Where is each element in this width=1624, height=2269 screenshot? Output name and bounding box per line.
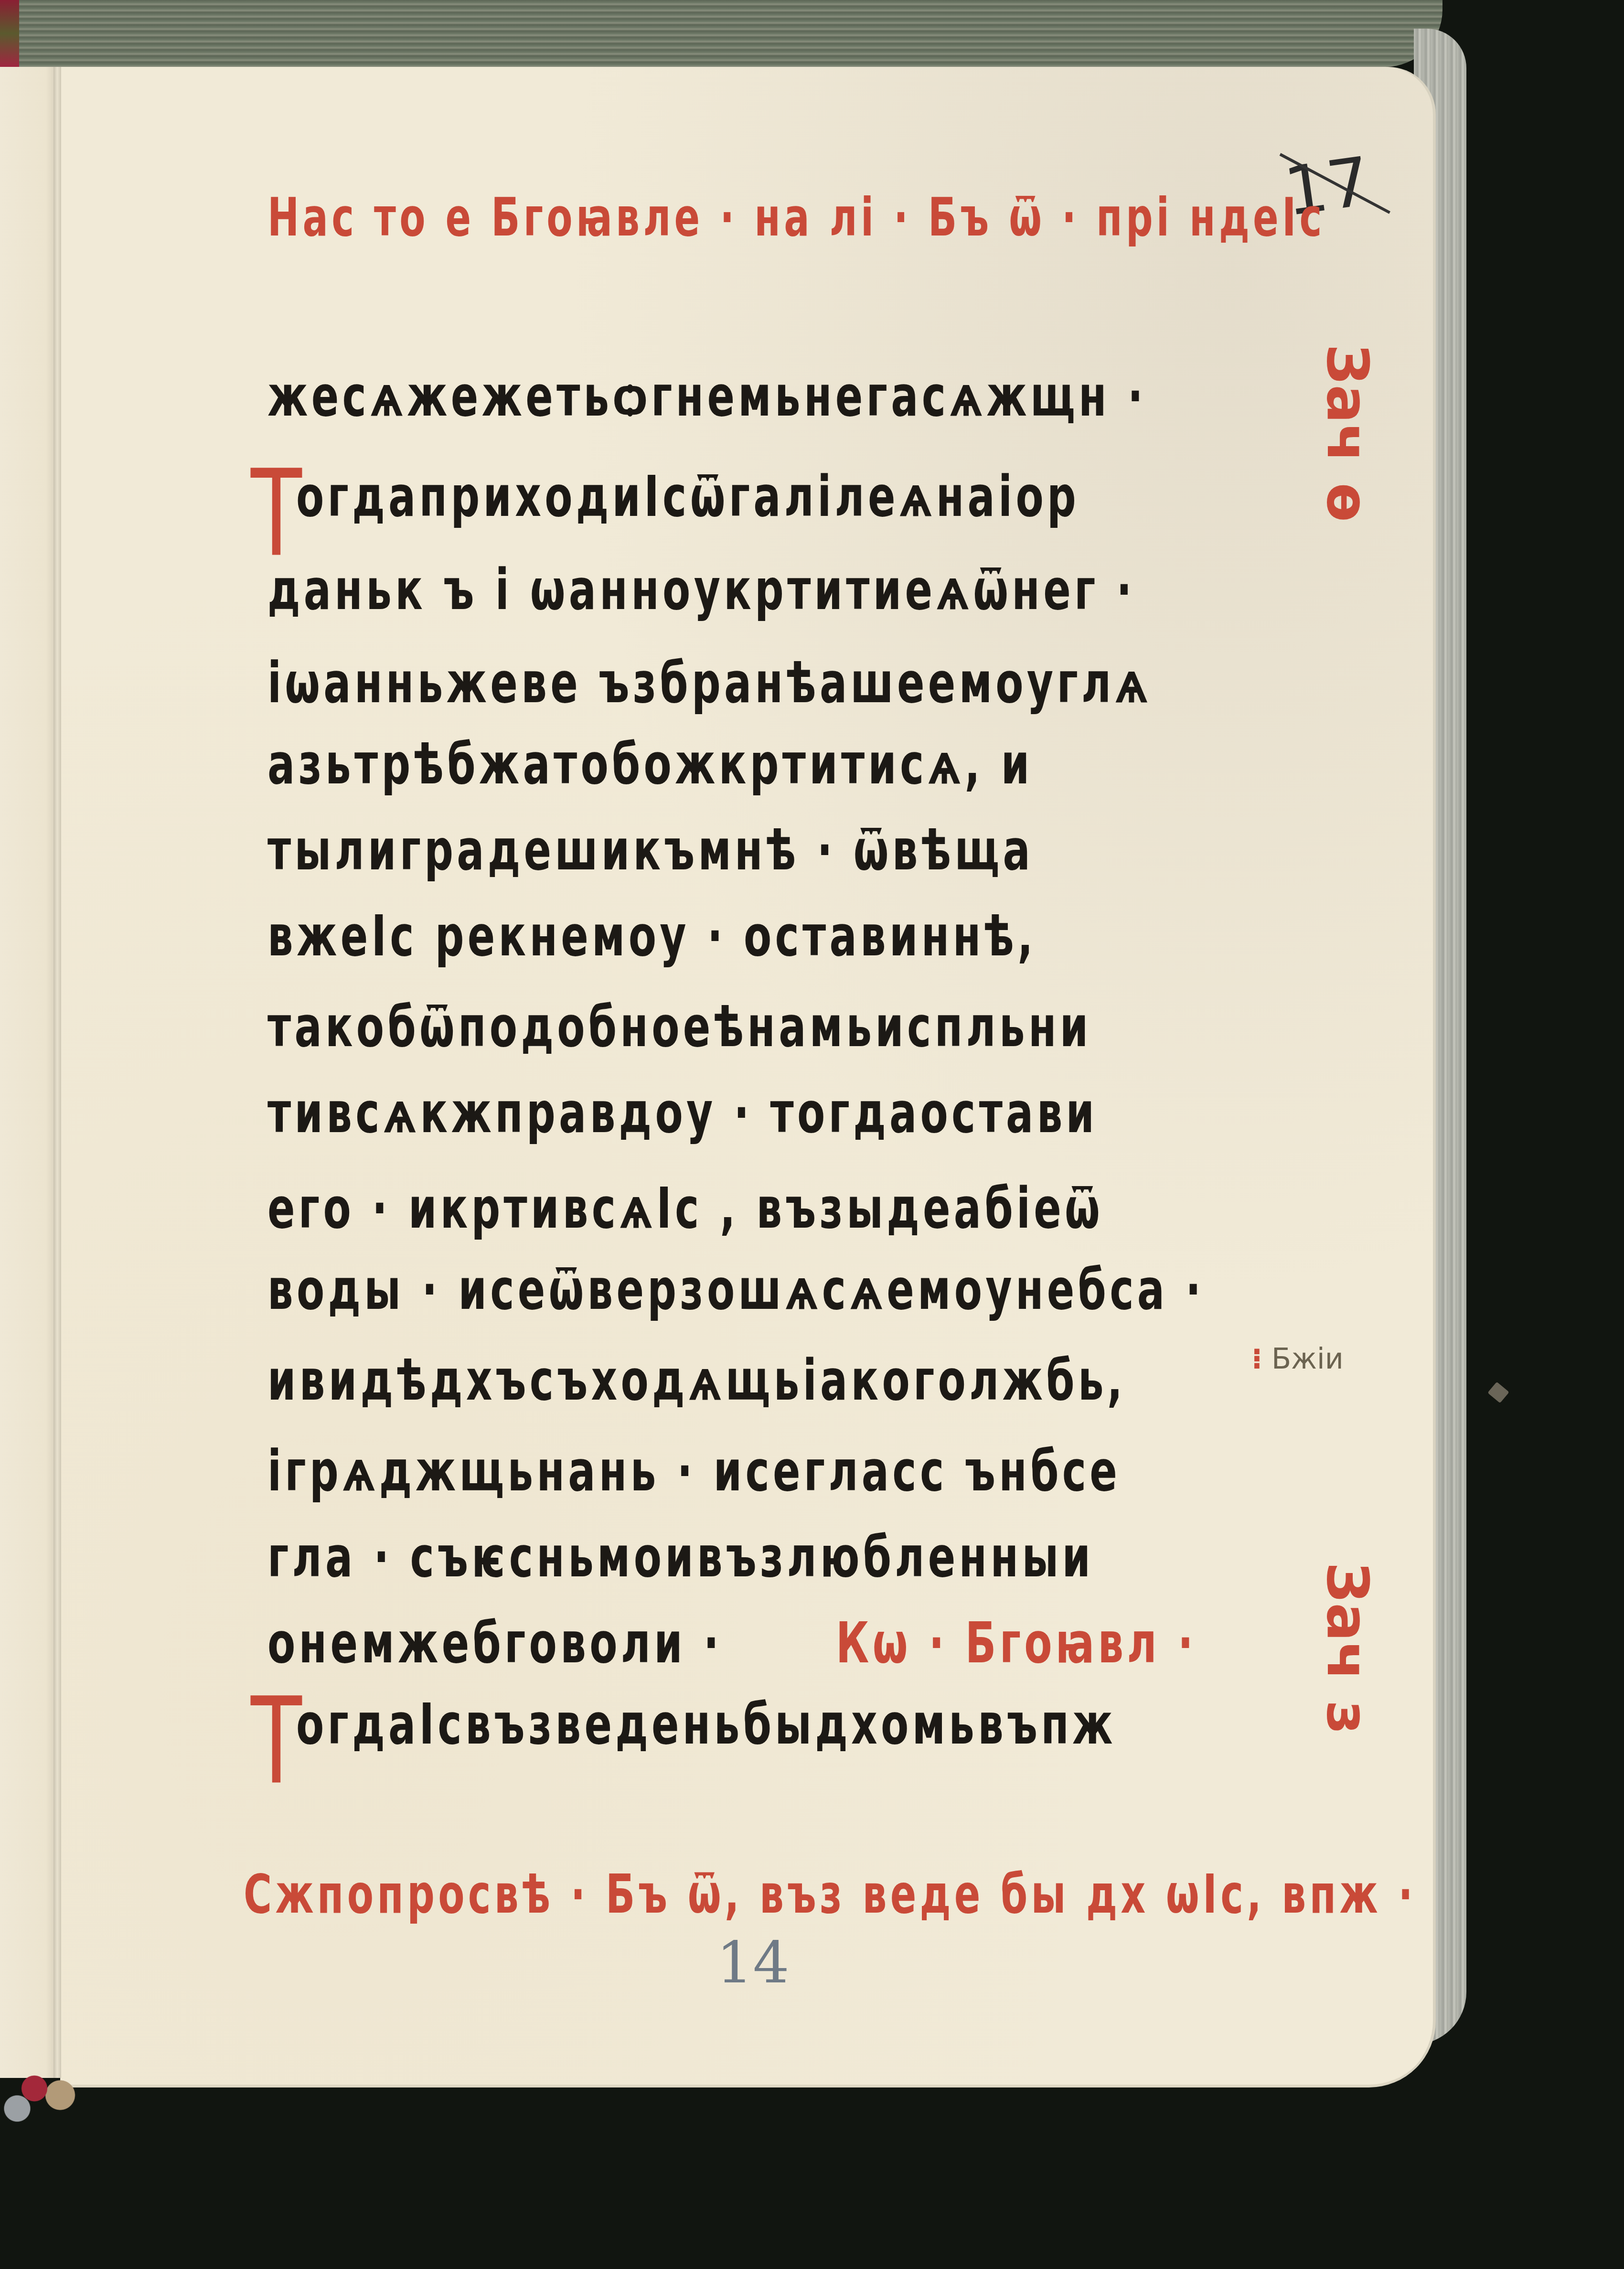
text-line-15: онемжебговоли · (267, 1615, 722, 1671)
text-line-3: даньк ъ і ѡанноукртитиеѧѿнег · (267, 561, 1135, 618)
text-line-7: вжеІс рекнемоу · оставиннѣ, (267, 908, 1036, 964)
text-line-4: іѡанньжеве ъзбранѣашеемоуглѧ (267, 654, 1152, 711)
margin-note-zach-upper: Зач ѳ (1318, 344, 1376, 545)
facing-page-sliver (0, 67, 57, 2078)
text-line-5: азьтрѣбжатобожкртитисѧ, и (267, 736, 1033, 792)
text-line-13: ігрѧджщьнань · исегласс ънбсе (267, 1443, 1121, 1499)
text-line-1: жесѧжежетьѻгнемьнегасѧжщн · (267, 368, 1146, 424)
footer-rubric: Сжпопросвѣ · Бъ ѿ, въз веде бы дх ѡІс, в… (244, 1868, 1416, 1921)
margin-correction: ⁝ Бжіи (1251, 1342, 1344, 1376)
folio-number-bottom: 14 (716, 1930, 790, 1996)
text-line-11: воды · исеѿверзошѧсѧемоунебса · (267, 1261, 1204, 1317)
text-line-6: тылиградешикъмнѣ · ѿвѣща (267, 822, 1034, 878)
text-line-12: ивидѣдхъсъходѧщьіакоголжбь, (267, 1352, 1126, 1408)
text-line-16: огдаІсвъзведеньбыдхомьвъпж (296, 1696, 1116, 1752)
correction-mark-icon: ⁝ (1251, 1342, 1262, 1376)
book-top-edge (10, 0, 1442, 67)
text-line-9: тивсѧкжправдоу · тогдаостави (267, 1084, 1098, 1141)
text-line-14: гла · съѥсньмоивъзлюбленныи (267, 1529, 1094, 1585)
red-initial-2: Т (251, 1681, 302, 1801)
correction-text: Бжіи (1271, 1342, 1344, 1376)
header-rubric: Нас то е Бгоꙗвле · на лі · Бъ ѿ · прі нд… (267, 191, 1325, 244)
inline-rubric: Кѡ · Бгоꙗвл · (836, 1615, 1197, 1671)
gutter-fold (53, 67, 61, 2078)
red-initial-1: Т (251, 454, 302, 573)
text-line-10: его · икртивсѧІс , възыдеабіеѿ (267, 1180, 1103, 1236)
text-line-2: огдаприходиІсѿгалілеѧнаіор (296, 468, 1079, 524)
binding-threads-top (0, 0, 19, 67)
text-line-8: такобѿподобноеѣнамьиспльни (267, 998, 1092, 1055)
binding-threads-bottom (0, 2068, 86, 2135)
margin-note-zach-lower: Зач з (1318, 1562, 1376, 1753)
ink-stain (1487, 1382, 1509, 1403)
